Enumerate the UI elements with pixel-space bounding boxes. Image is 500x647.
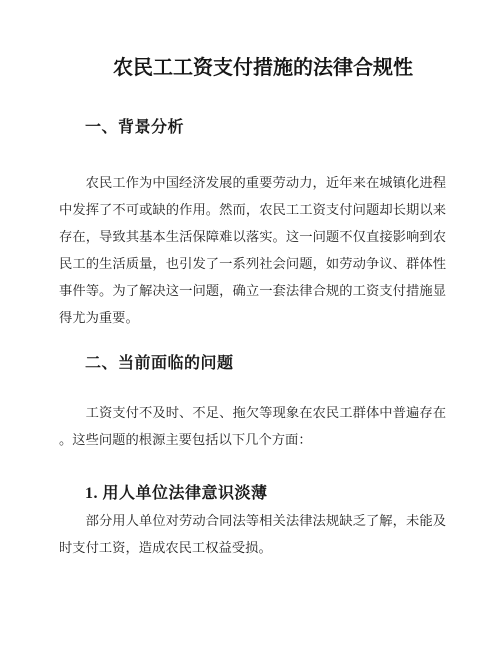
document-page: 农民工工资支付措施的法律合规性 一、背景分析 农民工作为中国经济发展的重要劳动力… (0, 0, 500, 647)
subsection-1-paragraph: 部分用人单位对劳动合同法等相关法律法规缺乏了解，未能及时支付工资，造成农民工权益… (59, 507, 446, 561)
section-1-paragraph: 农民工作为中国经济发展的重要劳动力，近年来在城镇化进程中发挥了不可或缺的作用。然… (59, 169, 446, 331)
document-title: 农民工工资支付措施的法律合规性 (59, 54, 446, 82)
section-1-heading: 一、背景分析 (59, 118, 446, 138)
subsection-1-heading: 1. 用人单位法律意识淡薄 (59, 484, 446, 504)
document-content: 农民工工资支付措施的法律合规性 一、背景分析 农民工作为中国经济发展的重要劳动力… (59, 54, 446, 561)
section-2-paragraph: 工资支付不及时、不足、拖欠等现象在农民工群体中普遍存在。这些问题的根源主要包括以… (59, 399, 446, 453)
section-2-heading: 二、当前面临的问题 (59, 354, 446, 374)
